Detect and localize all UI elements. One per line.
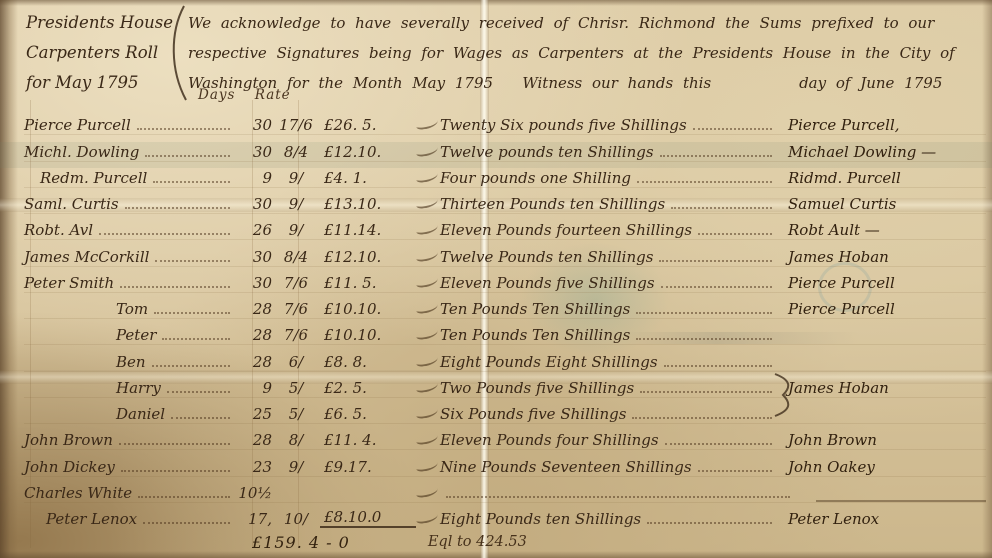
daily-rate: 10/ [272, 511, 320, 528]
signature: Ridmd. Purcell [778, 170, 986, 187]
days-worked: 30 [236, 249, 272, 266]
worker-name-cell: Charles White [24, 485, 236, 502]
daily-rate: 6/ [272, 354, 320, 371]
days-worked: 30 [236, 275, 272, 292]
worker-name-cell: Ben [24, 354, 236, 371]
amount-written: Two Pounds five Shillings [440, 380, 634, 397]
amount-pounds: £6. 5. [320, 406, 416, 423]
signature: James Hoban [778, 249, 986, 266]
amount-pounds: £13.10. [320, 196, 416, 213]
amount-written-cell: Eleven Pounds fourteen Shillings [440, 222, 778, 239]
signature: Samuel Curtis [778, 196, 986, 213]
table-row: Daniel 25 5/ £6. 5. Six Pounds five Shil… [24, 398, 986, 424]
dotted-leader [143, 521, 230, 524]
total-pounds: £159. 4 - 0 [252, 533, 350, 552]
dash-mark [415, 511, 438, 524]
amount-written-cell: Thirteen Pounds ten Shillings [440, 196, 778, 213]
amount-written: Thirteen Pounds ten Shillings [440, 196, 665, 213]
signature-group-brace [772, 372, 796, 418]
dotted-leader [152, 364, 230, 367]
dotted-leader [664, 364, 772, 367]
worker-name: Peter [24, 327, 156, 344]
worker-name: Tom [24, 301, 148, 318]
amount-pounds: £8.10.0 [320, 509, 416, 528]
dotted-leader [661, 285, 772, 288]
amount-pounds: £11. 4. [320, 432, 416, 449]
dash-mark [415, 406, 438, 419]
dotted-leader [145, 154, 230, 157]
worker-name-cell: Peter Lenox [24, 511, 236, 528]
worker-name: John Dickey [24, 459, 115, 476]
dotted-leader [446, 495, 790, 498]
days-worked: 30 [236, 117, 272, 134]
amount-written-cell: Eleven Pounds five Shillings [440, 275, 778, 292]
dash-mark [415, 485, 438, 498]
dotted-leader [153, 180, 230, 183]
days-worked: 30 [236, 196, 272, 213]
dash-mark [415, 458, 438, 471]
dash-mark [415, 248, 438, 261]
worker-name: Michl. Dowling [24, 144, 139, 161]
amount-written-cell: Eleven Pounds four Shillings [440, 432, 778, 449]
worker-name: Charles White [24, 485, 132, 502]
dotted-leader [660, 154, 772, 157]
dotted-leader [119, 442, 230, 445]
signature: John Oakey [778, 459, 986, 476]
signature: Robt Ault — [778, 222, 986, 239]
dash-mark [415, 196, 438, 209]
signature: John Brown [778, 432, 986, 449]
dotted-leader [632, 416, 772, 419]
worker-name-cell: Pierce Purcell [24, 117, 236, 134]
dotted-leader [154, 311, 230, 314]
dotted-leader [636, 311, 772, 314]
daily-rate: 5/ [272, 380, 320, 397]
dash-mark [415, 117, 438, 130]
daily-rate: 9/ [272, 196, 320, 213]
worker-name: Redm. Purcell [24, 170, 147, 187]
table-row: Robt. Avl 26 9/ £11.14. Eleven Pounds fo… [24, 214, 986, 240]
worker-name-cell: Redm. Purcell [24, 170, 236, 187]
worker-name: Daniel [24, 406, 165, 423]
amount-written: Ten Pounds Ten Shillings [440, 327, 630, 344]
signature [816, 490, 986, 502]
torn-left-edge [0, 0, 18, 558]
amount-pounds: £4. 1. [320, 170, 416, 187]
header-divider-flourish [168, 4, 190, 102]
amount-pounds: £11.14. [320, 222, 416, 239]
table-row: Tom 28 7/6 £10.10. Ten Pounds Ten Shilli… [24, 293, 986, 319]
amount-written: Twelve Pounds ten Shillings [440, 249, 653, 266]
dotted-leader [659, 259, 772, 262]
dotted-leader [155, 259, 230, 262]
amount-written: Four pounds one Shilling [440, 170, 631, 187]
amount-written-cell: Twelve Pounds ten Shillings [440, 249, 778, 266]
dash-mark [415, 432, 438, 445]
daily-rate: 7/6 [272, 275, 320, 292]
dash-mark [415, 275, 438, 288]
days-worked: 28 [236, 301, 272, 318]
amount-written: Eight Pounds Eight Shillings [440, 354, 658, 371]
dotted-leader [636, 337, 772, 340]
signature: Pierce Purcell [778, 301, 986, 318]
dash-mark [415, 327, 438, 340]
amount-written: Twenty Six pounds five Shillings [440, 117, 687, 134]
amount-written: Eleven Pounds four Shillings [440, 432, 659, 449]
worker-name-cell: Daniel [24, 406, 236, 423]
dash-mark [415, 301, 438, 314]
daily-rate: 9/ [272, 222, 320, 239]
amount-pounds: £10.10. [320, 327, 416, 344]
amount-written-cell: Ten Pounds Ten Shillings [440, 301, 778, 318]
daily-rate: 17/6 [272, 117, 320, 134]
worker-name-cell: Tom [24, 301, 236, 318]
body-line: respective Signatures being for Wages as… [188, 38, 984, 68]
days-worked: 23 [236, 459, 272, 476]
worker-name: Pierce Purcell [24, 117, 131, 134]
worker-name-cell: Michl. Dowling [24, 144, 236, 161]
daily-rate: 9/ [272, 170, 320, 187]
worker-name: Saml. Curtis [24, 196, 119, 213]
amount-pounds: £26. 5. [320, 117, 416, 134]
amount-written-cell [440, 495, 796, 502]
amount-written-cell: Twelve pounds ten Shillings [440, 144, 778, 161]
worker-name: Ben [24, 354, 146, 371]
amount-pounds: £11. 5. [320, 275, 416, 292]
payroll-document: Presidents House Carpenters Roll for May… [0, 0, 992, 558]
title-line: Presidents House [26, 8, 174, 38]
table-row: John Dickey 23 9/ £9.17. Nine Pounds Sev… [24, 450, 986, 476]
amount-written: Nine Pounds Seventeen Shillings [440, 459, 692, 476]
amount-pounds: £8. 8. [320, 354, 416, 371]
dotted-leader [167, 390, 230, 393]
dotted-leader [637, 180, 772, 183]
dash-mark [415, 170, 438, 183]
signature: Peter Lenox [778, 511, 986, 528]
table-row: Peter Lenox 17, 10/ £8.10.0 Eight Pounds… [24, 503, 986, 528]
amount-written: Eleven Pounds five Shillings [440, 275, 655, 292]
days-worked: 30 [236, 144, 272, 161]
table-row: Ben 28 6/ £8. 8. Eight Pounds Eight Shil… [24, 345, 986, 371]
amount-pounds: £2. 5. [320, 380, 416, 397]
worker-name-cell: Peter Smith [24, 275, 236, 292]
table-row: Pierce Purcell 30 17/6 £26. 5. Twenty Si… [24, 109, 986, 135]
signature: James Hoban [778, 380, 986, 397]
signature: Michael Dowling — [778, 144, 986, 161]
dotted-leader [698, 469, 772, 472]
table-row: Harry 9 5/ £2. 5. Two Pounds five Shilli… [24, 372, 986, 398]
table-row: Peter Smith 30 7/6 £11. 5. Eleven Pounds… [24, 267, 986, 293]
signature: Pierce Purcell, [778, 117, 986, 134]
worker-name-cell: Peter [24, 327, 236, 344]
total-dollar-equivalent: Eql to 424.53 [428, 534, 527, 550]
amount-written: Six Pounds five Shillings [440, 406, 626, 423]
body-line: Washington for the Month May 1795 Witnes… [188, 68, 984, 98]
days-worked: 9 [236, 170, 272, 187]
dotted-leader [138, 495, 230, 498]
dotted-leader [99, 232, 230, 235]
amount-written: Ten Pounds Ten Shillings [440, 301, 630, 318]
worker-name-cell: James McCorkill [24, 249, 236, 266]
days-worked: 26 [236, 222, 272, 239]
days-worked: 28 [236, 432, 272, 449]
amount-written-cell: Eight Pounds Eight Shillings [440, 354, 778, 371]
table-row: Charles White 10½ [24, 477, 986, 503]
dotted-leader [698, 232, 772, 235]
page-top-edge [0, 0, 992, 6]
dotted-leader [162, 337, 230, 340]
worker-name: Robt. Avl [24, 222, 93, 239]
amount-written-cell: Six Pounds five Shillings [440, 406, 778, 423]
amount-written-cell: Eight Pounds ten Shillings [440, 511, 778, 528]
dash-mark [415, 353, 438, 366]
worker-name: Harry [24, 380, 161, 397]
days-worked: 10½ [236, 485, 272, 502]
worker-name-cell: Saml. Curtis [24, 196, 236, 213]
body-line: We acknowledge to have severally receive… [188, 8, 984, 38]
worker-name: John Brown [24, 432, 113, 449]
worker-name-cell: John Brown [24, 432, 236, 449]
worker-name: Peter Lenox [24, 511, 137, 528]
signature: Pierce Purcell [778, 275, 986, 292]
dotted-leader [665, 442, 772, 445]
daily-rate: 8/4 [272, 249, 320, 266]
days-worked: 25 [236, 406, 272, 423]
dotted-leader [125, 206, 230, 209]
dotted-leader [121, 469, 230, 472]
amount-pounds: £12.10. [320, 144, 416, 161]
amount-pounds: £10.10. [320, 301, 416, 318]
days-worked: 9 [236, 380, 272, 397]
daily-rate: 7/6 [272, 327, 320, 344]
worker-name: James McCorkill [24, 249, 149, 266]
dotted-leader [671, 206, 772, 209]
days-worked: 28 [236, 354, 272, 371]
table-row: Michl. Dowling 30 8/4 £12.10. Twelve pou… [24, 135, 986, 161]
amount-written-cell: Two Pounds five Shillings [440, 380, 778, 397]
dash-mark [415, 222, 438, 235]
days-worked: 17, [236, 511, 272, 528]
amount-written-cell: Twenty Six pounds five Shillings [440, 117, 778, 134]
amount-written-cell: Four pounds one Shilling [440, 170, 778, 187]
table-row: James McCorkill 30 8/4 £12.10. Twelve Po… [24, 240, 986, 266]
acknowledgment-text: We acknowledge to have severally receive… [188, 8, 984, 98]
dotted-leader [137, 127, 230, 130]
worker-name-cell: Robt. Avl [24, 222, 236, 239]
table-row: Peter 28 7/6 £10.10. Ten Pounds Ten Shil… [24, 319, 986, 345]
worker-name: Peter Smith [24, 275, 114, 292]
dash-mark [415, 143, 438, 156]
title-line: for May 1795 [26, 68, 174, 98]
daily-rate: 7/6 [272, 301, 320, 318]
dotted-leader [120, 285, 230, 288]
amount-written: Eight Pounds ten Shillings [440, 511, 641, 528]
amount-written-cell: Nine Pounds Seventeen Shillings [440, 459, 778, 476]
dotted-leader [693, 127, 772, 130]
daily-rate: 8/4 [272, 144, 320, 161]
amount-pounds: £9.17. [320, 459, 416, 476]
amount-pounds: £12.10. [320, 249, 416, 266]
payroll-table: Pierce Purcell 30 17/6 £26. 5. Twenty Si… [24, 109, 986, 528]
dotted-leader [640, 390, 772, 393]
document-title: Presidents House Carpenters Roll for May… [26, 8, 174, 98]
table-row: Saml. Curtis 30 9/ £13.10. Thirteen Poun… [24, 188, 986, 214]
worker-name-cell: Harry [24, 380, 236, 397]
table-row: Redm. Purcell 9 9/ £4. 1. Four pounds on… [24, 162, 986, 188]
title-line: Carpenters Roll [26, 38, 174, 68]
dotted-leader [171, 416, 230, 419]
amount-written-cell: Ten Pounds Ten Shillings [440, 327, 778, 344]
dotted-leader [647, 521, 772, 524]
daily-rate: 8/ [272, 432, 320, 449]
column-headers: Days Rate [198, 87, 291, 103]
total-row: £159. 4 - 0 Eql to 424.53 [24, 528, 527, 556]
amount-written: Eleven Pounds fourteen Shillings [440, 222, 692, 239]
worker-name-cell: John Dickey [24, 459, 236, 476]
amount-written: Twelve pounds ten Shillings [440, 144, 654, 161]
table-row: John Brown 28 8/ £11. 4. Eleven Pounds f… [24, 424, 986, 450]
days-worked: 28 [236, 327, 272, 344]
daily-rate: 9/ [272, 459, 320, 476]
daily-rate: 5/ [272, 406, 320, 423]
dash-mark [415, 380, 438, 393]
